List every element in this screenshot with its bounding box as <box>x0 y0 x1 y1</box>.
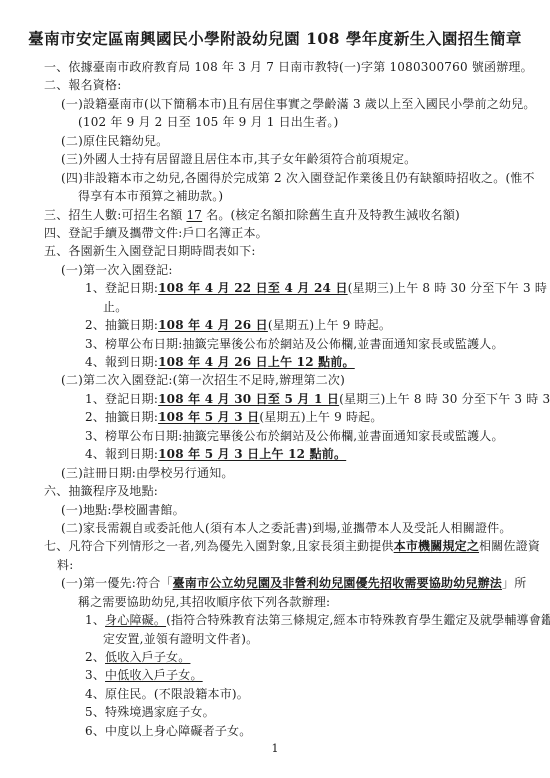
text-run: (二)原住民籍幼兒。 <box>61 134 168 148</box>
text-run: 3、 <box>85 668 105 682</box>
text-run: 稱之需要協助幼兒,其招收順序依下列各款辦理: <box>78 595 330 609</box>
document-line: 1、登記日期:108 年 4 月 22 日至 4 月 24 日(星期三)上午 8… <box>0 279 550 297</box>
document-line: 料: <box>0 556 550 574</box>
text-run: 2、抽籤日期: <box>85 410 158 424</box>
text-run: 二、報名資格: <box>44 78 121 92</box>
emphasized-text: 17 <box>186 208 202 222</box>
text-run: 1、 <box>85 613 105 627</box>
document-line: (一)地點:學校圖書館。 <box>0 501 550 519</box>
emphasized-text: 臺南市公立幼兒園及非營利幼兒園優先招收需要協助幼兒辦法 <box>173 576 502 590</box>
text-run: (星期五)上午 9 時起。 <box>259 410 382 424</box>
text-run: (102 年 9 月 2 日至 105 年 9 月 1 日出生者。) <box>78 115 338 129</box>
text-run: 1、登記日期: <box>85 392 158 406</box>
text-run: (四)非設籍本市之幼兒,各園得於完成第 2 次入園登記作業後且仍有缺額時招收之。… <box>61 171 535 185</box>
document-body: 一、依據臺南市政府教育局 108 年 3 月 7 日南市教特(一)字第 1080… <box>0 58 550 740</box>
text-run: (星期三)上午 8 時 30 分至下午 3 時 30 分止。 <box>339 392 550 406</box>
document-line: 3、榜單公布日期:抽籤完畢後公布於網站及公佈欄,並書面通知家長或監護人。 <box>0 335 550 353</box>
text-run: (一)設籍臺南市(以下簡稱本市)且有居住事實之學齡滿 3 歲以上至入國民小學前之… <box>61 97 536 111</box>
text-run: (三)註冊日期:由學校另行通知。 <box>61 466 234 480</box>
document-title: 臺南市安定區南興國民小學附設幼兒園 108 學年度新生入園招生簡章 <box>0 0 550 52</box>
document-line: 止。 <box>0 298 550 316</box>
document-line: 4、報到日期:108 年 5 月 3 日上午 12 點前。 <box>0 445 550 463</box>
document-line: 得享有本市預算之補助款。) <box>0 187 550 205</box>
document-line: 1、登記日期:108 年 4 月 30 日至 5 月 1 日(星期三)上午 8 … <box>0 390 550 408</box>
emphasized-text: 身心障礙。 <box>105 613 166 627</box>
document-line: 2、抽籤日期:108 年 4 月 26 日(星期五)上午 9 時起。 <box>0 316 550 334</box>
emphasized-text: 108 年 4 月 30 日至 5 月 1 日 <box>158 392 339 406</box>
text-run: 」所 <box>502 576 526 590</box>
text-run: (二)第二次入園登記:(第一次招生不足時,辦理第二次) <box>61 373 345 387</box>
document-line: 4、報到日期:108 年 4 月 26 日上午 12 點前。 <box>0 353 550 371</box>
text-run: 3、榜單公布日期:抽籤完畢後公布於網站及公佈欄,並書面通知家長或監護人。 <box>85 429 504 443</box>
document-line: (三)外國人士持有居留證且居住本市,其子女年齡須符合前項規定。 <box>0 150 550 168</box>
document-line: 2、抽籤日期:108 年 5 月 3 日(星期五)上午 9 時起。 <box>0 408 550 426</box>
text-run: 六、抽籤程序及地點: <box>44 484 158 498</box>
document-line: 六、抽籤程序及地點: <box>0 482 550 500</box>
document-line: 二、報名資格: <box>0 76 550 94</box>
emphasized-text: 108 年 4 月 26 日 <box>158 318 268 332</box>
text-run: 2、 <box>85 650 105 664</box>
document-line: 七、凡符合下列情形之一者,列為優先入園對象,且家長須主動提供本市機關規定之相關佐… <box>0 537 550 555</box>
document-line: 定安置,並領有證明文件者)。 <box>0 630 550 648</box>
emphasized-text: 本市機關規定之 <box>394 539 479 553</box>
text-run: (三)外國人士持有居留證且居住本市,其子女年齡須符合前項規定。 <box>61 152 416 166</box>
text-run: 相關佐證資 <box>479 539 540 553</box>
text-run: 5、特殊境遇家庭子女。 <box>85 705 215 719</box>
text-run: 名。(核定名額扣除舊生直升及特教生減收名額) <box>202 208 460 222</box>
text-run: (指符合特殊教育法第三條規定,經本市特殊教育學生鑑定及就學輔導會鑑 <box>166 613 550 627</box>
page-number: 1 <box>0 741 550 756</box>
emphasized-text: 108 年 5 月 3 日上午 12 點前。 <box>158 447 346 461</box>
text-run: 三、招生人數:可招生名額 <box>44 208 186 222</box>
document-line: (二)第二次入園登記:(第一次招生不足時,辦理第二次) <box>0 371 550 389</box>
emphasized-text: 低收入戶子女。 <box>105 650 190 664</box>
text-run: 4、報到日期: <box>85 447 158 461</box>
text-run: 6、中度以上身心障礙者子女。 <box>85 724 251 738</box>
text-run: (一)第一優先:符合「 <box>61 576 173 590</box>
document-line: 5、特殊境遇家庭子女。 <box>0 703 550 721</box>
document-line: (四)非設籍本市之幼兒,各園得於完成第 2 次入園登記作業後且仍有缺額時招收之。… <box>0 169 550 187</box>
text-run: 得享有本市預算之補助款。) <box>78 189 223 203</box>
document-line: (102 年 9 月 2 日至 105 年 9 月 1 日出生者。) <box>0 113 550 131</box>
text-run: 料: <box>57 558 73 572</box>
document-line: 稱之需要協助幼兒,其招收順序依下列各款辦理: <box>0 593 550 611</box>
text-run: 五、各園新生入園登記日期時間表如下: <box>44 244 256 258</box>
document-line: 4、原住民。(不限設籍本市)。 <box>0 685 550 703</box>
document-line: 五、各園新生入園登記日期時間表如下: <box>0 242 550 260</box>
document-line: 6、中度以上身心障礙者子女。 <box>0 722 550 740</box>
document-line: 1、身心障礙。(指符合特殊教育法第三條規定,經本市特殊教育學生鑑定及就學輔導會鑑 <box>0 611 550 629</box>
text-run: (一)第一次入園登記: <box>61 263 173 277</box>
document-line: 3、榜單公布日期:抽籤完畢後公布於網站及公佈欄,並書面通知家長或監護人。 <box>0 427 550 445</box>
text-run: (二)家長需親自或委託他人(須有本人之委託書)到場,並攜帶本人及受託人相關證件。 <box>61 521 512 535</box>
text-run: (一)地點:學校圖書館。 <box>61 503 185 517</box>
document-line: (一)第一優先:符合「臺南市公立幼兒園及非營利幼兒園優先招收需要協助幼兒辦法」所 <box>0 574 550 592</box>
text-run: 止。 <box>103 300 127 314</box>
document-page: 臺南市安定區南興國民小學附設幼兒園 108 學年度新生入園招生簡章 一、依據臺南… <box>0 0 550 778</box>
emphasized-text: 中低收入戶子女。 <box>105 668 203 682</box>
document-line: (一)第一次入園登記: <box>0 261 550 279</box>
text-run: 1、登記日期: <box>85 281 158 295</box>
text-run: (星期五)上午 9 時起。 <box>268 318 391 332</box>
emphasized-text: 108 年 4 月 22 日至 4 月 24 日 <box>158 281 348 295</box>
document-line: 三、招生人數:可招生名額 17 名。(核定名額扣除舊生直升及特教生減收名額) <box>0 206 550 224</box>
text-run: 四、登記手續及攜帶文件:戶口名簿正本。 <box>44 226 268 240</box>
text-run: 定安置,並領有證明文件者)。 <box>103 632 258 646</box>
document-line: 一、依據臺南市政府教育局 108 年 3 月 7 日南市教特(一)字第 1080… <box>0 58 550 76</box>
text-run: 3、榜單公布日期:抽籤完畢後公布於網站及公佈欄,並書面通知家長或監護人。 <box>85 337 504 351</box>
document-line: (一)設籍臺南市(以下簡稱本市)且有居住事實之學齡滿 3 歲以上至入國民小學前之… <box>0 95 550 113</box>
emphasized-text: 108 年 4 月 26 日上午 12 點前。 <box>158 355 355 369</box>
text-run: 七、凡符合下列情形之一者,列為優先入園對象,且家長須主動提供 <box>44 539 394 553</box>
document-line: 四、登記手續及攜帶文件:戶口名簿正本。 <box>0 224 550 242</box>
text-run: 4、原住民。(不限設籍本市)。 <box>85 687 249 701</box>
text-run: (星期三)上午 8 時 30 分至下午 3 時 30 分 <box>348 281 550 295</box>
text-run: 一、依據臺南市政府教育局 108 年 3 月 7 日南市教特(一)字第 1080… <box>44 60 533 74</box>
emphasized-text: 108 年 5 月 3 日 <box>158 410 259 424</box>
document-line: (三)註冊日期:由學校另行通知。 <box>0 464 550 482</box>
text-run: 4、報到日期: <box>85 355 158 369</box>
document-line: (二)原住民籍幼兒。 <box>0 132 550 150</box>
document-line: 3、中低收入戶子女。 <box>0 666 550 684</box>
text-run: 2、抽籤日期: <box>85 318 158 332</box>
document-line: (二)家長需親自或委託他人(須有本人之委託書)到場,並攜帶本人及受託人相關證件。 <box>0 519 550 537</box>
document-line: 2、低收入戶子女。 <box>0 648 550 666</box>
